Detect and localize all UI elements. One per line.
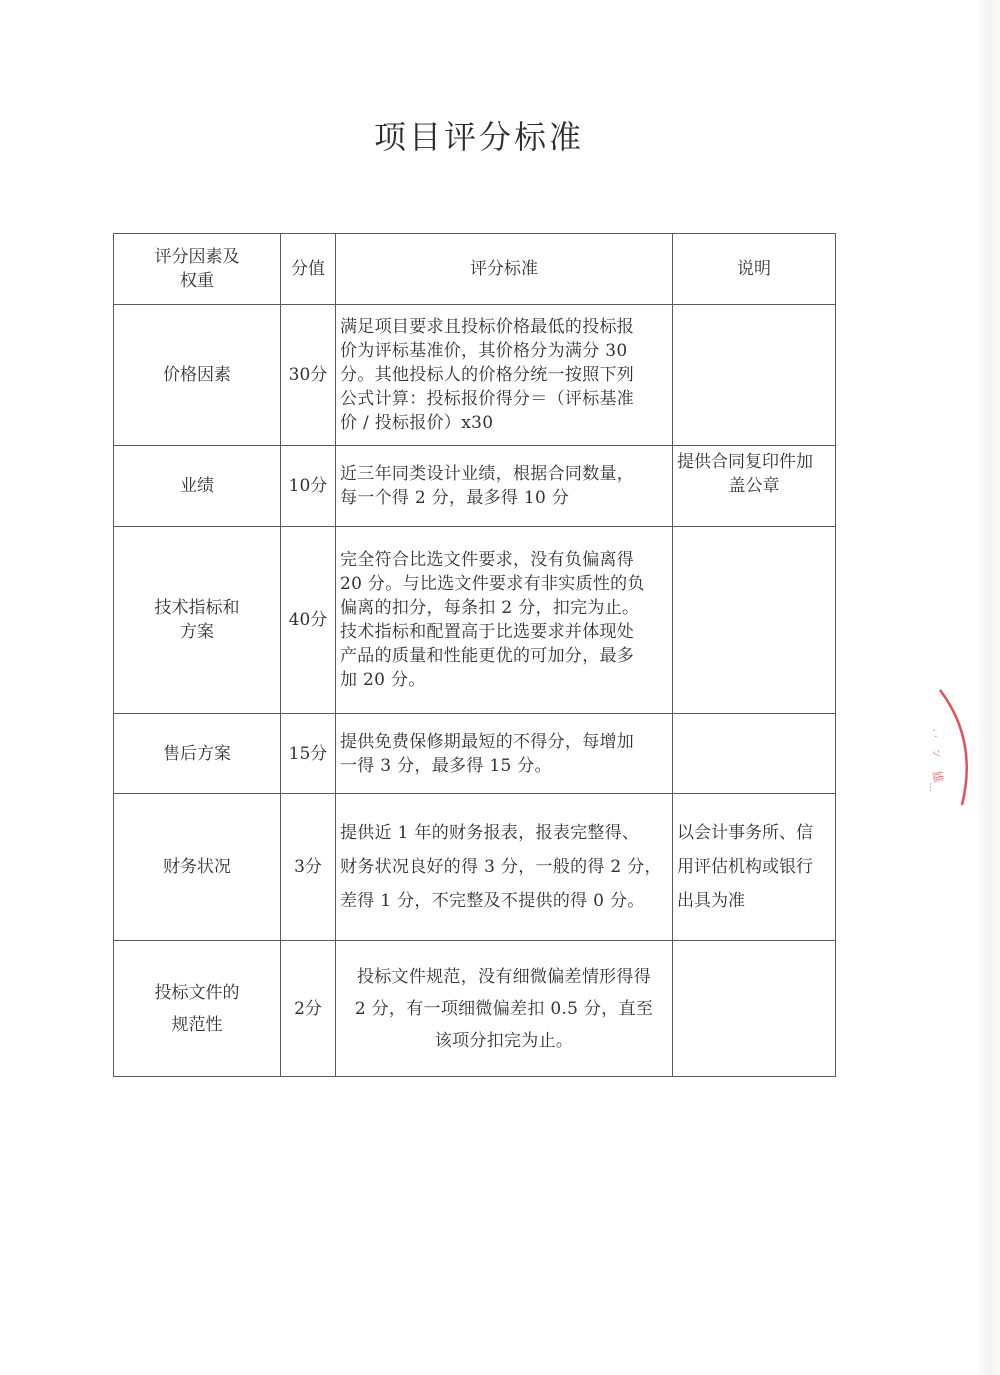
points-cell: 40分 bbox=[281, 527, 336, 714]
page-title: 项目评分标准 bbox=[0, 112, 958, 158]
points-cell: 10分 bbox=[281, 446, 336, 527]
scoring-criteria-table: 评分因素及 权重 分值 评分标准 说明 价格因素 30分 满足项目要求且投标价格… bbox=[113, 233, 836, 1077]
header-factor: 评分因素及 权重 bbox=[114, 234, 281, 305]
official-seal-stamp-icon: · · ン 雄 ⋮ bbox=[900, 670, 1000, 830]
header-criteria: 评分标准 bbox=[336, 234, 673, 305]
note-cell: 提供合同复印件加 盖公章 bbox=[673, 446, 836, 527]
table-row-document-compliance: 投标文件的 规范性 2分 投标文件规范，没有细微偏差情形得得 2 分，有一项细微… bbox=[114, 941, 836, 1077]
criteria-cell: 提供近 1 年的财务报表，报表完整得、 财务状况良好的得 3 分，一般的得 2 … bbox=[336, 794, 673, 941]
factor-cell: 售后方案 bbox=[114, 714, 281, 794]
note-cell bbox=[673, 941, 836, 1077]
factor-cell: 价格因素 bbox=[114, 305, 281, 446]
header-points: 分值 bbox=[281, 234, 336, 305]
factor-cell: 财务状况 bbox=[114, 794, 281, 941]
note-cell bbox=[673, 305, 836, 446]
factor-cell: 技术指标和 方案 bbox=[114, 527, 281, 714]
note-cell bbox=[673, 714, 836, 794]
table-row-performance: 业绩 10分 近三年同类设计业绩，根据合同数量， 每一个得 2 分，最多得 10… bbox=[114, 446, 836, 527]
table-row-financial: 财务状况 3分 提供近 1 年的财务报表，报表完整得、 财务状况良好的得 3 分… bbox=[114, 794, 836, 941]
points-cell: 15分 bbox=[281, 714, 336, 794]
svg-text:⋮: ⋮ bbox=[926, 783, 935, 793]
criteria-cell: 投标文件规范，没有细微偏差情形得得 2 分，有一项细微偏差扣 0.5 分，直至 … bbox=[336, 941, 673, 1077]
points-cell: 30分 bbox=[281, 305, 336, 446]
criteria-cell: 提供免费保修期最短的不得分，每增加 一得 3 分，最多得 15 分。 bbox=[336, 714, 673, 794]
table-row-price: 价格因素 30分 满足项目要求且投标价格最低的投标报 价为评标基准价，其价格分为… bbox=[114, 305, 836, 446]
note-cell bbox=[673, 527, 836, 714]
header-note: 说明 bbox=[673, 234, 836, 305]
note-cell: 以会计事务所、信 用评估机构或银行 出具为准 bbox=[673, 794, 836, 941]
criteria-cell: 近三年同类设计业绩，根据合同数量， 每一个得 2 分，最多得 10 分 bbox=[336, 446, 673, 527]
criteria-cell: 完全符合比选文件要求，没有负偏离得 20 分。与比选文件要求有非实质性的负 偏离… bbox=[336, 527, 673, 714]
table-header-row: 评分因素及 权重 分值 评分标准 说明 bbox=[114, 234, 836, 305]
factor-cell: 投标文件的 规范性 bbox=[114, 941, 281, 1077]
table-row-after-sales: 售后方案 15分 提供免费保修期最短的不得分，每增加 一得 3 分，最多得 15… bbox=[114, 714, 836, 794]
table-row-technical: 技术指标和 方案 40分 完全符合比选文件要求，没有负偏离得 20 分。与比选文… bbox=[114, 527, 836, 714]
svg-text:· ·: · · bbox=[927, 727, 941, 740]
factor-cell: 业绩 bbox=[114, 446, 281, 527]
criteria-cell: 满足项目要求且投标价格最低的投标报 价为评标基准价，其价格分为满分 30 分。其… bbox=[336, 305, 673, 446]
svg-text:ン: ン bbox=[929, 747, 943, 760]
points-cell: 3分 bbox=[281, 794, 336, 941]
points-cell: 2分 bbox=[281, 941, 336, 1077]
